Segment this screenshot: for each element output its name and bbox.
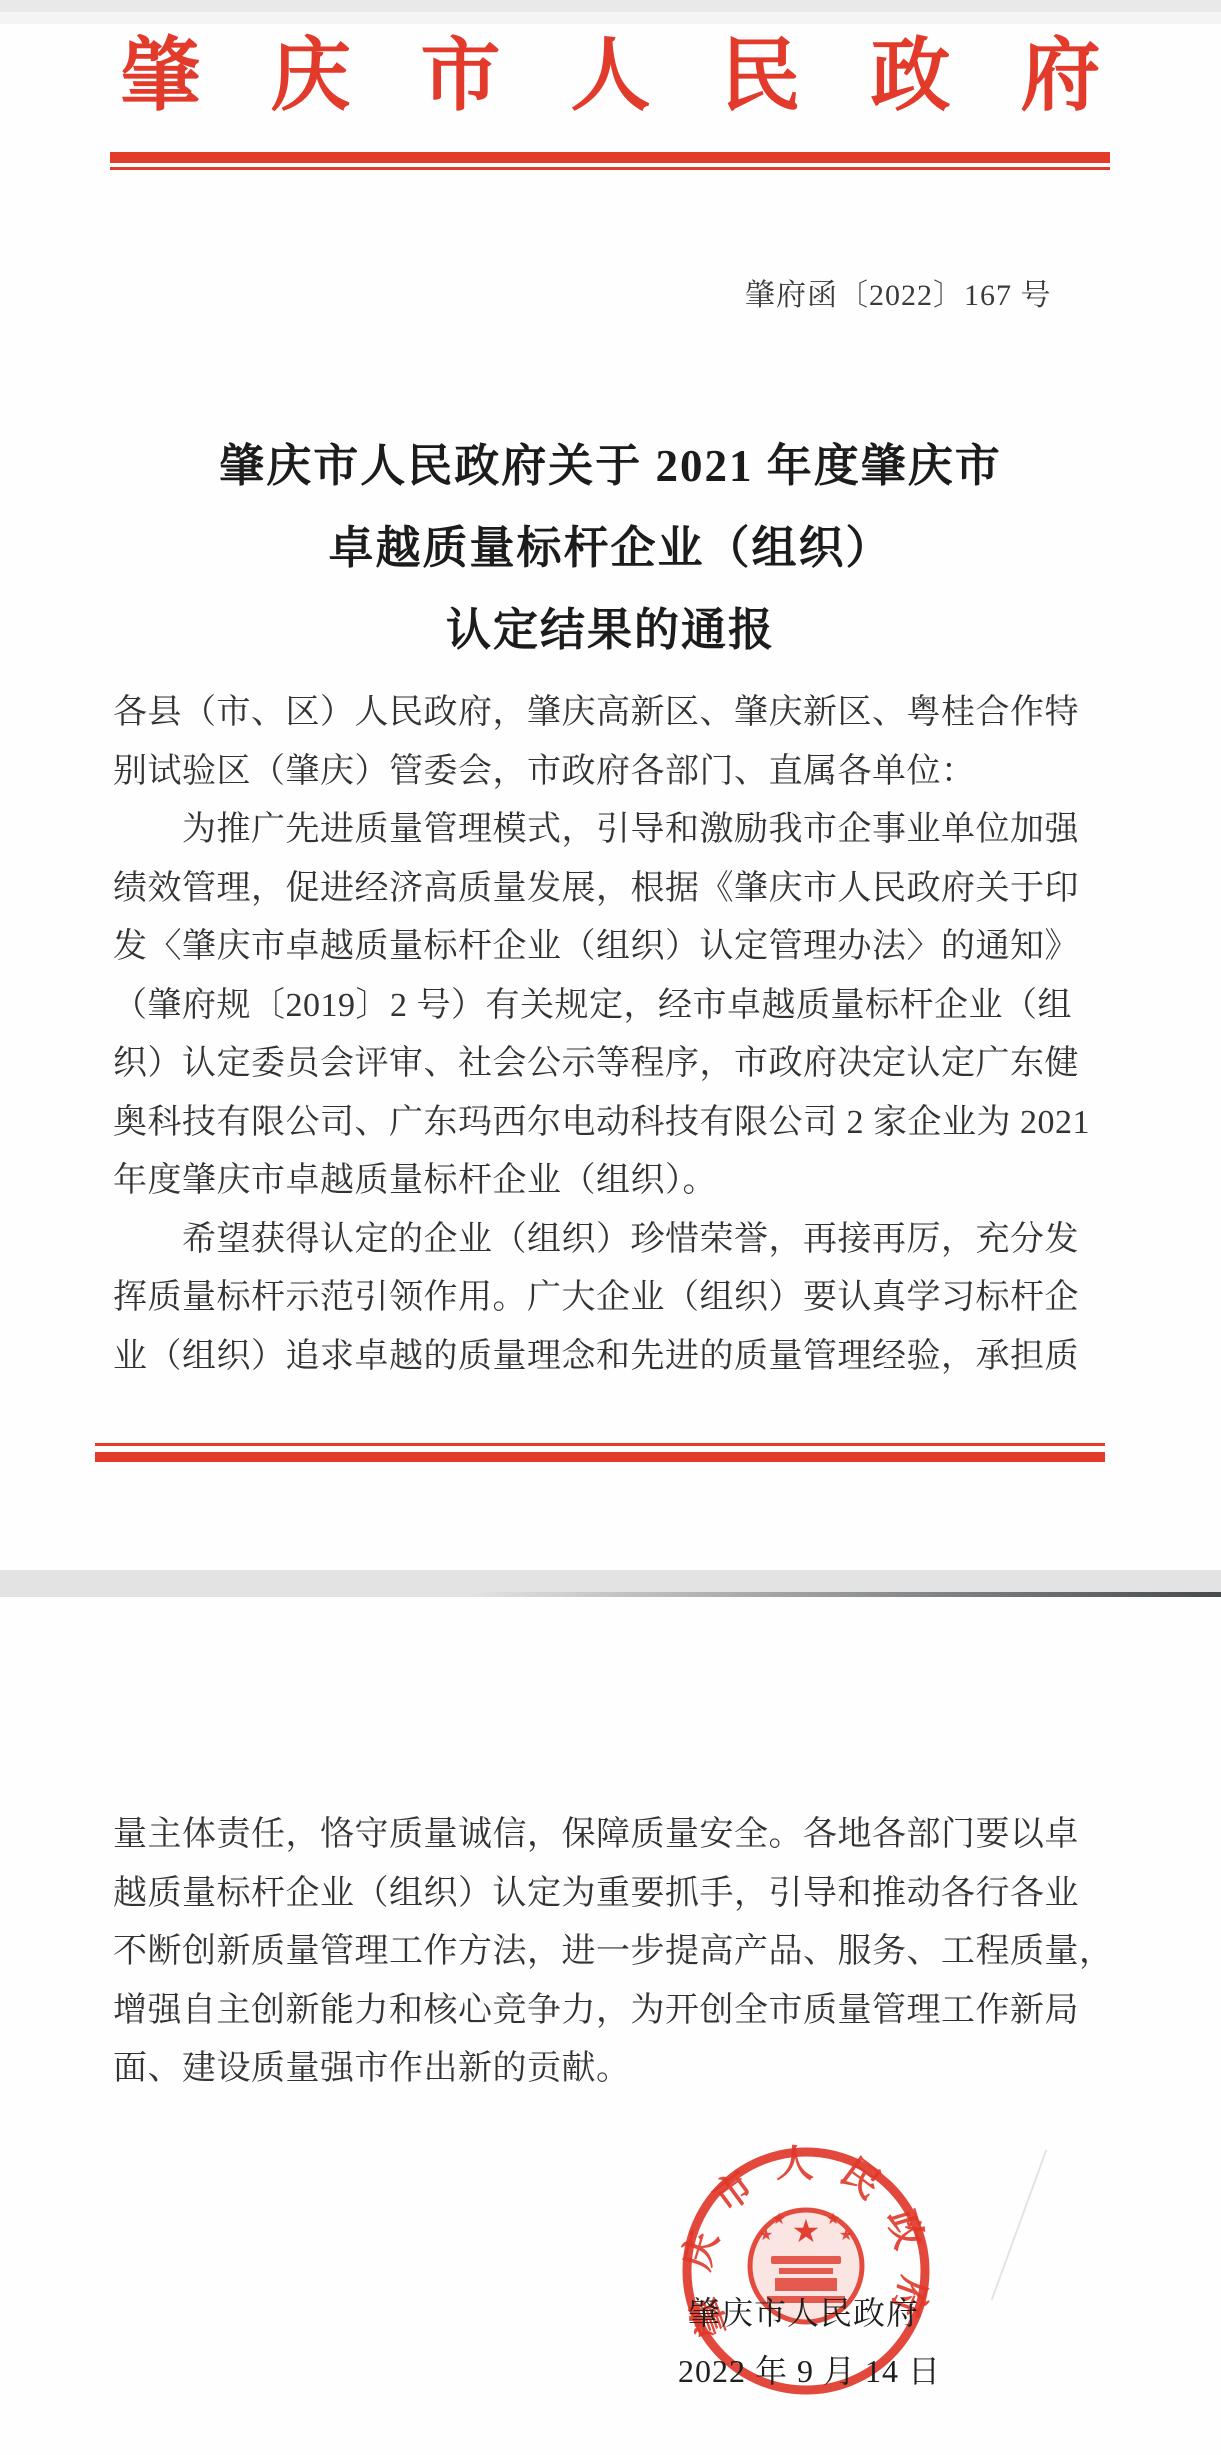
- star-icon: ★: [792, 2213, 821, 2249]
- page-separator: [0, 1570, 1221, 1597]
- body-line: 不断创新质量管理工作方法，进一步提高产品、服务、工程质量，: [113, 1923, 1113, 1982]
- body-line: 挥质量标杆示范引领作用。广大企业（组织）要认真学习标杆企: [113, 1269, 1113, 1328]
- body-line: 越质量标杆企业（组织）认定为重要抓手，引导和推动各行各业: [113, 1865, 1113, 1924]
- photo-artifact: [991, 2149, 1048, 2300]
- red-footer-rule-thin: [95, 1443, 1105, 1446]
- doc-title: 肇庆市人民政府关于 2021 年度肇庆市 卓越质量标杆企业（组织） 认定结果的通…: [0, 425, 1221, 671]
- body-line: 别试验区（肇庆）管委会，市政府各部门、直属各单位：: [113, 743, 1113, 802]
- body-line: 织）认定委员会评审、社会公示等程序，市政府决定认定广东健: [113, 1035, 1113, 1094]
- star-icon: ★: [759, 2227, 773, 2244]
- seal-date: 2022 年 9 月 14 日: [678, 2346, 941, 2392]
- title-line: 认定结果的通报: [0, 589, 1221, 671]
- body-line: 发〈肇庆市卓越质量标杆企业（组织）认定管理办法〉的通知》: [113, 918, 1113, 977]
- body-line: 为推广先进质量管理模式，引导和激励我市企事业单位加强: [113, 801, 1113, 860]
- red-divider-thick: [110, 152, 1110, 163]
- page-2: 量主体责任，恪守质量诚信，保障质量安全。各地各部门要以卓 越质量标杆企业（组织）…: [0, 1597, 1221, 2455]
- body-line: 希望获得认定的企业（组织）珍惜荣誉，再接再厉，充分发: [113, 1211, 1113, 1270]
- top-strip-light: [0, 12, 1221, 24]
- body-text-page1: 各县（市、区）人民政府，肇庆高新区、肇庆新区、粤桂合作特 别试验区（肇庆）管委会…: [113, 684, 1113, 1386]
- body-line: 业（组织）追求卓越的质量理念和先进的质量管理经验，承担质: [113, 1328, 1113, 1387]
- body-line: 面、建设质量强市作出新的贡献。: [113, 2040, 1113, 2099]
- body-line: 绩效管理，促进经济高质量发展，根据《肇庆市人民政府关于印: [113, 860, 1113, 919]
- body-text-page2: 量主体责任，恪守质量诚信，保障质量安全。各地各部门要以卓 越质量标杆企业（组织）…: [113, 1806, 1113, 2099]
- body-line: 各县（市、区）人民政府，肇庆高新区、肇庆新区、粤桂合作特: [113, 684, 1113, 743]
- red-divider-thin: [110, 167, 1110, 170]
- title-line: 肇庆市人民政府关于 2021 年度肇庆市: [0, 425, 1221, 507]
- document-photo: 肇庆市人民政府 肇府函〔2022〕167 号 肇庆市人民政府关于 2021 年度…: [0, 0, 1221, 2455]
- body-line: 奥科技有限公司、广东玛西尔电动科技有限公司 2 家企业为 2021: [113, 1094, 1113, 1153]
- star-icon: ★: [772, 2211, 786, 2228]
- body-line: 增强自主创新能力和核心竞争力，为开创全市质量管理工作新局: [113, 1982, 1113, 2041]
- doc-number: 肇府函〔2022〕167 号: [745, 270, 1052, 314]
- red-footer-rule-thick: [95, 1452, 1105, 1462]
- top-strip: [0, 0, 1221, 12]
- star-icon: ★: [826, 2211, 840, 2228]
- seal-signature: 肇庆市人民政府: [688, 2288, 919, 2334]
- body-line: （肇府规〔2019〕2 号）有关规定，经市卓越质量标杆企业（组: [113, 977, 1113, 1036]
- body-line: 量主体责任，恪守质量诚信，保障质量安全。各地各部门要以卓: [113, 1806, 1113, 1865]
- title-line: 卓越质量标杆企业（组织）: [0, 507, 1221, 589]
- page-1: 肇庆市人民政府 肇府函〔2022〕167 号 肇庆市人民政府关于 2021 年度…: [0, 24, 1221, 1570]
- body-line: 年度肇庆市卓越质量标杆企业（组织）。: [113, 1152, 1113, 1211]
- gov-header-title: 肇庆市人民政府: [0, 34, 1221, 120]
- star-icon: ★: [839, 2227, 853, 2244]
